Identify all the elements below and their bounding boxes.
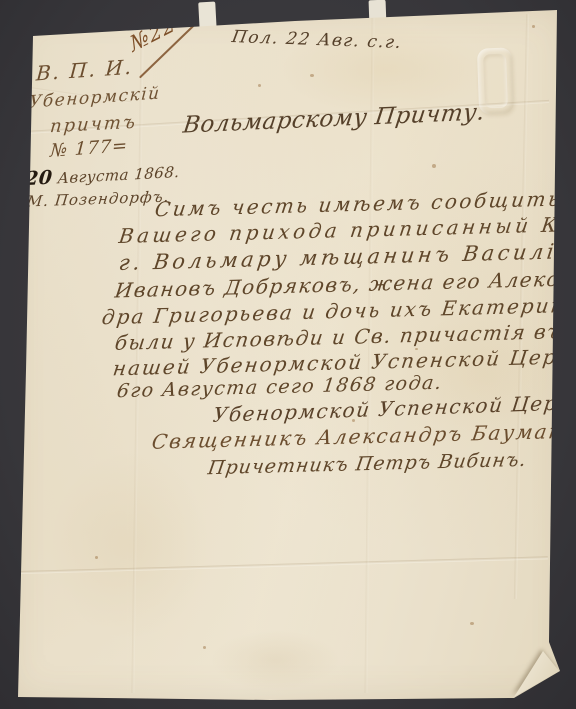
docket-number-annotation: №22 <box>127 11 178 57</box>
dog-ear-fold <box>500 644 566 704</box>
age-stain <box>50 450 210 640</box>
margin-reference-initials: В. П. И. <box>35 55 134 86</box>
foxing-spot <box>203 646 206 649</box>
scan-backdrop: №22 Пол. 22 Авг. с.г. В. П. И. Убенормск… <box>0 0 576 709</box>
letter-paper: №22 Пол. 22 Авг. с.г. В. П. И. Убенормск… <box>0 0 576 709</box>
fold-crease-horizontal <box>20 556 548 574</box>
margin-place: М. Позендорфъ. <box>26 187 170 210</box>
margin-date-day: 20 <box>24 167 53 191</box>
margin-parish-name: Убенормскій <box>28 83 161 112</box>
age-stain <box>210 630 340 690</box>
margin-date-rest: Августа 1868. <box>52 163 181 188</box>
addressee-line: Вольмарскому Причту. <box>181 99 486 138</box>
foxing-spot <box>258 84 261 87</box>
foxing-spot <box>432 164 436 168</box>
received-date-note: Пол. 22 Авг. с.г. <box>230 27 404 53</box>
foxing-spot <box>310 74 314 77</box>
foxing-spot <box>532 25 535 28</box>
closing-line-sexton-signature: Причетникъ Петръ Вибинъ. <box>206 449 528 479</box>
dog-ear-flap <box>500 644 566 704</box>
foxing-spot <box>95 556 98 559</box>
embossed-seal-inner-ring <box>483 54 508 109</box>
margin-parish-word: причтъ <box>49 112 138 138</box>
margin-date: 20 Августа 1868. <box>24 160 181 190</box>
foxing-spot <box>470 622 474 625</box>
margin-document-number: № 177= <box>49 135 128 162</box>
